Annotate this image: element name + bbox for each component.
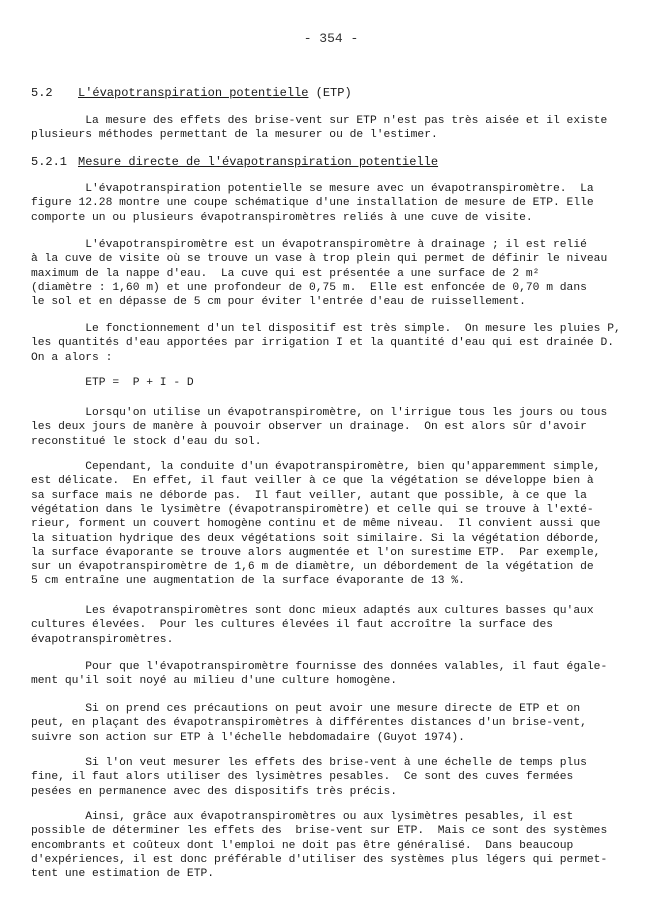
- text-line: rieur, forment un couvert homogène conti…: [31, 517, 600, 531]
- section-title-suffix: (ETP): [316, 86, 352, 100]
- text-line: pesées en permanence avec des dispositif…: [31, 785, 397, 799]
- text-line: Ainsi, grâce aux évapotranspiromètres ou…: [31, 810, 573, 824]
- text-line: Lorsqu'on utilise un évapotranspiromètre…: [31, 406, 607, 420]
- text-line: est délicate. En effet, il faut veiller …: [31, 474, 594, 488]
- text-line: La mesure des effets des brise-vent sur …: [31, 114, 607, 128]
- text-line: Cependant, la conduite d'un évapotranspi…: [31, 460, 600, 474]
- text-line: 5 cm entraîne une augmentation de la sur…: [31, 574, 465, 588]
- text-line: fine, il faut alors utiliser des lysimèt…: [31, 770, 573, 784]
- text-line: Si l'on veut mesurer les effets des bris…: [31, 756, 587, 770]
- text-line: L'évapotranspiromètre est un évapotransp…: [31, 238, 587, 252]
- text-line: sur un évapotranspiromètre de 1,6 m de d…: [31, 560, 594, 574]
- text-line: peut, en plaçant des évapotranspiromètre…: [31, 716, 587, 730]
- text-line: d'expériences, il est donc préférable d'…: [31, 853, 607, 867]
- document-page: - 354 - 5.2 L'évapotranspiration potenti…: [0, 0, 662, 906]
- text-line: plusieurs méthodes permettant de la mesu…: [31, 128, 438, 142]
- text-line: les quantités d'eau apportées par irriga…: [31, 336, 614, 350]
- text-line: comporte un ou plusieurs évapotranspirom…: [31, 211, 533, 225]
- text-line: ETP = P + I - D: [31, 376, 194, 390]
- section-title: Mesure directe de l'évapotranspiration p…: [78, 155, 438, 169]
- text-line: possible de déterminer les effets des br…: [31, 824, 607, 838]
- text-line: le sol et en dépasse de 5 cm pour éviter…: [31, 295, 526, 309]
- text-line: figure 12.28 montre une coupe schématiqu…: [31, 196, 594, 210]
- text-line: ment qu'il soit noyé au milieu d'une cul…: [31, 674, 397, 688]
- text-line: On a alors :: [31, 351, 112, 365]
- text-line: encombrants et coûteux dont l'emploi ne …: [31, 839, 573, 853]
- page-number: - 354 -: [0, 31, 662, 46]
- text-line: (diamètre : 1,60 m) et une profondeur de…: [31, 281, 587, 295]
- section-number: 5.2.1: [31, 155, 67, 169]
- text-line: tent une estimation de ETP.: [31, 867, 214, 881]
- text-line: Pour que l'évapotranspiromètre fournisse…: [31, 660, 607, 674]
- text-line: cultures élevées. Pour les cultures élev…: [31, 618, 553, 632]
- text-line: reconstitué le stock d'eau du sol.: [31, 435, 262, 449]
- text-line: Si on prend ces précautions on peut avoi…: [31, 702, 580, 716]
- section-number: 5.2: [31, 86, 53, 100]
- text-line: suivre son action sur ETP à l'échelle he…: [31, 731, 465, 745]
- text-line: végétation dans le lysimètre (évapotrans…: [31, 503, 594, 517]
- text-line: à la cuve de visite où se trouve un vase…: [31, 252, 607, 266]
- section-title-underlined: L'évapotranspiration potentielle: [78, 86, 308, 100]
- text-line: la situation hydrique des deux végétatio…: [31, 532, 600, 546]
- text-line: Les évapotranspiromètres sont donc mieux…: [31, 604, 594, 618]
- text-line: L'évapotranspiration potentielle se mesu…: [31, 182, 594, 196]
- text-line: la surface évaporante se trouve alors au…: [31, 546, 600, 560]
- text-line: les deux jours de manère à pouvoir obser…: [31, 420, 587, 434]
- section-title: L'évapotranspiration potentielle (ETP): [78, 86, 352, 100]
- text-line: maximum de la nappe d'eau. La cuve qui e…: [31, 267, 539, 281]
- text-line: évapotranspiromètres.: [31, 633, 173, 647]
- text-line: Le fonctionnement d'un tel dispositif es…: [31, 322, 621, 336]
- text-line: sa surface mais ne déborde pas. Il faut …: [31, 489, 587, 503]
